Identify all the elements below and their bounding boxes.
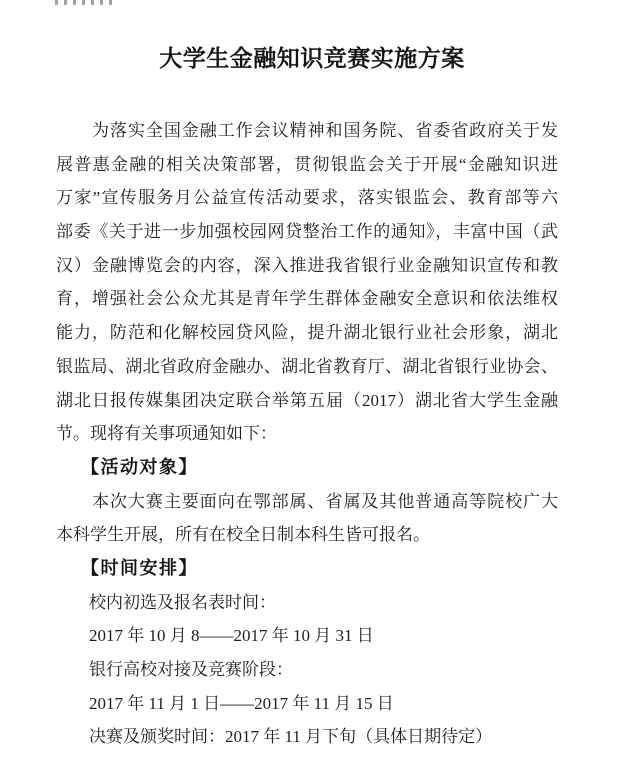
text-line: 本次大赛主要面向在鄂部属、省属及其他普通高等院校广大 <box>56 485 558 519</box>
schedule-date: 2017 年 10 月 8——2017 年 10 月 31 日 <box>56 619 558 653</box>
section-header-activity-target: 【活动对象】 <box>56 451 558 485</box>
text-line: 节。现将有关事项通知如下： <box>56 417 558 451</box>
text-line: 展普惠金融的相关决策部署，贯彻银监会关于开展“金融知识进 <box>56 148 558 182</box>
document-title: 大学生金融知识竞赛实施方案 <box>0 44 624 74</box>
text-line: 部委《关于进一步加强校园网贷整治工作的通知》，丰富中国（武 <box>56 215 558 249</box>
text-line: 育，增强社会公众尤其是青年学生群体金融安全意识和依法维权 <box>56 282 558 316</box>
text-line: 为落实全国金融工作会议精神和国务院、省委省政府关于发 <box>56 114 558 148</box>
text-line: 汉）金融博览会的内容，深入推进我省银行业金融知识宣传和教 <box>56 249 558 283</box>
schedule-item: 校内初选及报名表时间： <box>56 586 558 620</box>
text-line: 湖北日报传媒集团决定联合举第五届（2017）湖北省大学生金融 <box>56 384 558 418</box>
text-line: 万家”宣传服务月公益宣传活动要求，落实银监会、教育部等六 <box>56 181 558 215</box>
schedule-date: 2017 年 11 月 1 日——2017 年 11 月 15 日 <box>56 687 558 721</box>
document-page: 大学生金融知识竞赛实施方案 为落实全国金融工作会议精神和国务院、省委省政府关于发… <box>0 0 624 769</box>
document-body: 为落实全国金融工作会议精神和国务院、省委省政府关于发 展普惠金融的相关决策部署，… <box>56 114 558 754</box>
clipped-text-artifact <box>55 0 117 5</box>
section-header-time-schedule: 【时间安排】 <box>56 552 558 586</box>
text-line: 本科学生开展，所有在校全日制本科生皆可报名。 <box>56 518 558 552</box>
text-line: 能力，防范和化解校园贷风险，提升湖北银行业社会形象，湖北 <box>56 316 558 350</box>
schedule-item: 银行高校对接及竞赛阶段： <box>56 653 558 687</box>
text-line: 银监局、湖北省政府金融办、湖北省教育厅、湖北省银行业协会、 <box>56 350 558 384</box>
schedule-item: 决赛及颁奖时间：2017 年 11 月下旬（具体日期待定） <box>56 720 558 754</box>
